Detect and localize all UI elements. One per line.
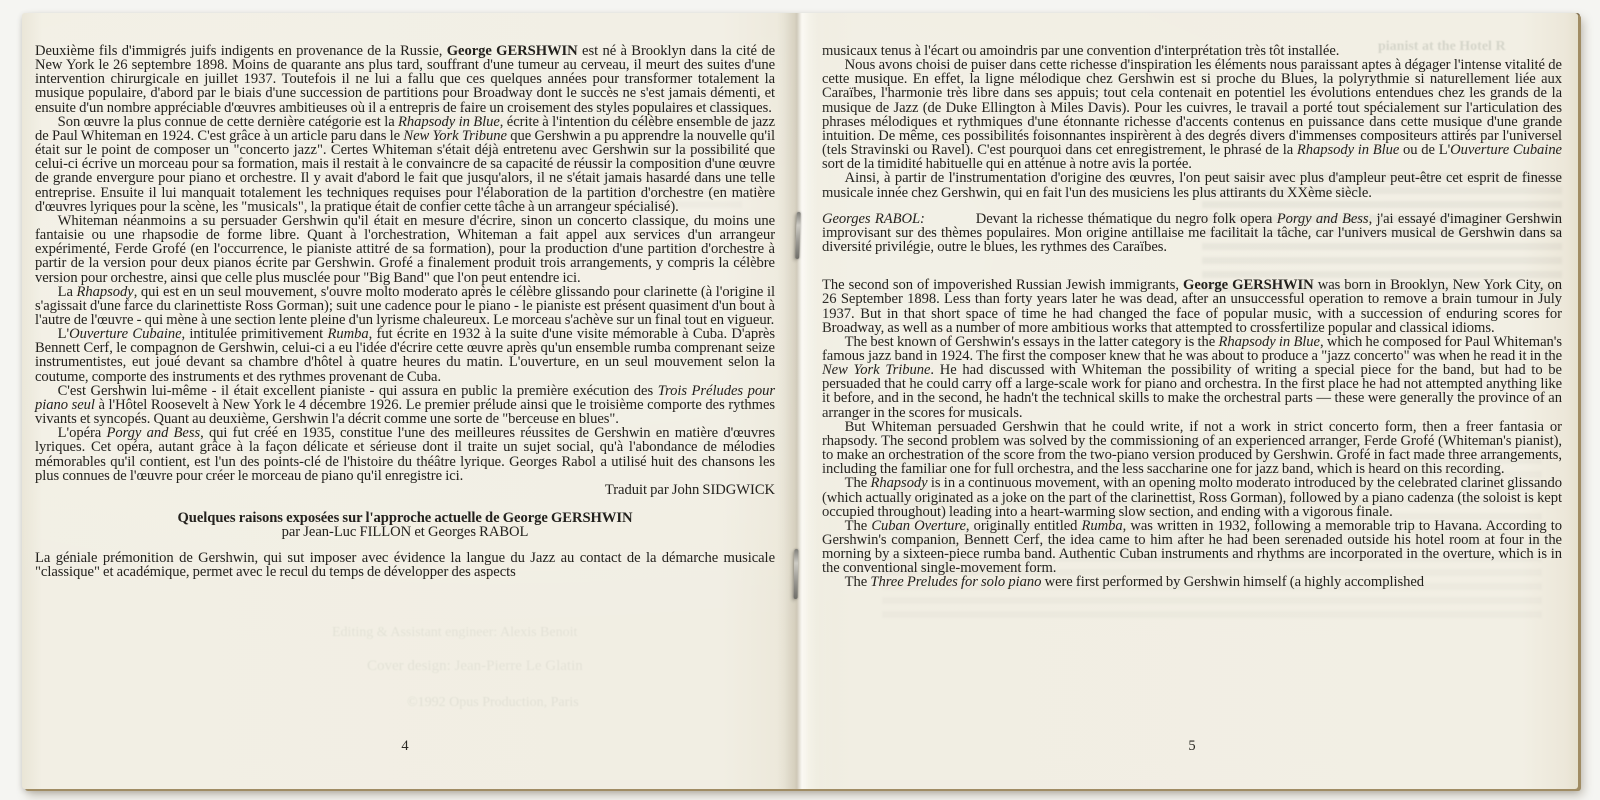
right-page-text-column: musicaux tenus à l'écart ou amoindris pa… (822, 44, 1562, 590)
scanned-booklet-spread: pianist at the Hotel REditing & Assistan… (0, 0, 1600, 800)
paragraph: La Rhapsody, qui est en un seul mouvemen… (35, 285, 775, 327)
paragraph: Nous avons choisi de puiser dans cette r… (822, 58, 1562, 171)
paragraph: La géniale prémonition de Gershwin, qui … (35, 551, 775, 579)
paragraph: The Three Preludes for solo piano were f… (822, 575, 1562, 589)
paragraph: L'Ouverture Cubaine, intitulée primitive… (35, 327, 775, 384)
paragraph: But Whiteman persuaded Gershwin that he … (822, 420, 1562, 477)
left-page-text-column: Deuxième fils d'immigrés juifs indigents… (35, 44, 775, 580)
paragraph: The Cuban Overture, originally entitled … (822, 519, 1562, 576)
paragraph: Son œuvre la plus connue de cette derniè… (35, 115, 775, 214)
bleedthrough-text: ©1992 Opus Production, Paris (407, 695, 579, 711)
page-number-left: 4 (35, 738, 775, 755)
spacer (822, 254, 1562, 266)
paragraph: Deuxième fils d'immigrés juifs indigents… (35, 44, 775, 115)
paragraph: musicaux tenus à l'écart ou amoindris pa… (822, 44, 1562, 58)
spacer (35, 497, 775, 509)
heading: Quelques raisons exposées sur l'approche… (35, 511, 775, 525)
booklet-paper: pianist at the Hotel REditing & Assistan… (22, 13, 1578, 789)
paragraph: C'est Gershwin lui-même - il était excel… (35, 384, 775, 426)
paragraph: The best known of Gershwin's essays in t… (822, 335, 1562, 420)
page-number-right: 5 (822, 738, 1562, 755)
paragraph: The Rhapsody is in a continuous movement… (822, 476, 1562, 518)
bleedthrough-text: Editing & Assistant engineer: Alexis Ben… (332, 625, 577, 641)
staple-top (795, 212, 801, 259)
paragraph: L'opéra Porgy and Bess, qui fut créé en … (35, 426, 775, 483)
paragraph: Whiteman néanmoins a su persuader Gershw… (35, 214, 775, 285)
paragraph: The second son of impoverished Russian J… (822, 278, 1562, 335)
paragraph: Ainsi, à partir de l'instrumentation d'o… (822, 171, 1562, 199)
attribution: Traduit par John SIDGWICK (35, 483, 775, 497)
subheading: par Jean-Luc FILLON et Georges RABOL (35, 525, 775, 539)
bleedthrough-text: Cover design: Jean-Pierre Le Glatin (367, 658, 583, 675)
paragraph: Georges RABOL: Devant la richesse thémat… (822, 212, 1562, 254)
staple-bottom (794, 549, 799, 599)
